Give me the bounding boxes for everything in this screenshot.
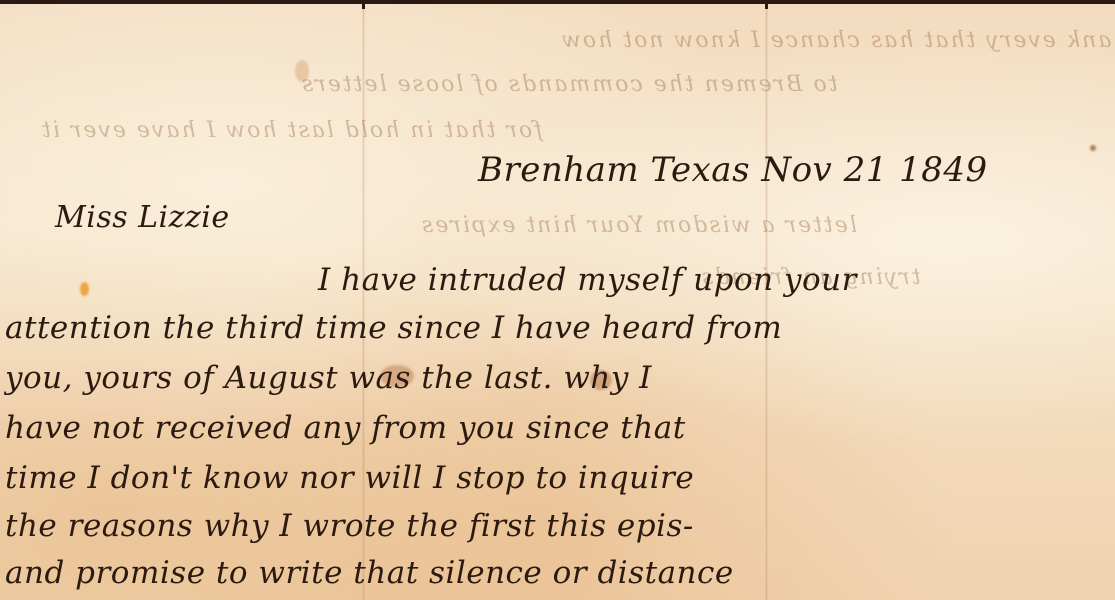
letter-body-line: attention the third time since I have he… [5, 310, 782, 346]
letter-body-line: have not received any from you since tha… [5, 410, 686, 446]
letter-dateline: Brenham Texas Nov 21 1849 [478, 150, 988, 190]
fold-nick [765, 0, 768, 9]
letter-body-line: I have intruded myself upon your [318, 262, 857, 298]
ink-spot [1090, 145, 1096, 151]
fold-nick [362, 0, 365, 9]
letter-salutation: Miss Lizzie [55, 200, 230, 235]
letter-body-line: and promise to write that silence or dis… [5, 555, 734, 591]
letter-body-line: time I don't know nor will I stop to inq… [5, 460, 694, 496]
bleed-through-text: for that in hold last how I have ever it [40, 118, 542, 143]
ink-stain [80, 282, 89, 296]
letter-page: thank every that has chance I know not h… [0, 0, 1115, 600]
bleed-through-text: letter a wisdom Your hint expires [420, 213, 857, 238]
bleed-through-text: thank every that has chance I know not h… [560, 28, 1115, 53]
scan-top-edge [0, 0, 1115, 4]
letter-body-line: you, yours of August was the last. why I [5, 360, 652, 396]
letter-body-line: the reasons why I wrote the first this e… [5, 508, 694, 544]
bleed-through-text: to Bremen the commands of loose letters [300, 72, 838, 97]
